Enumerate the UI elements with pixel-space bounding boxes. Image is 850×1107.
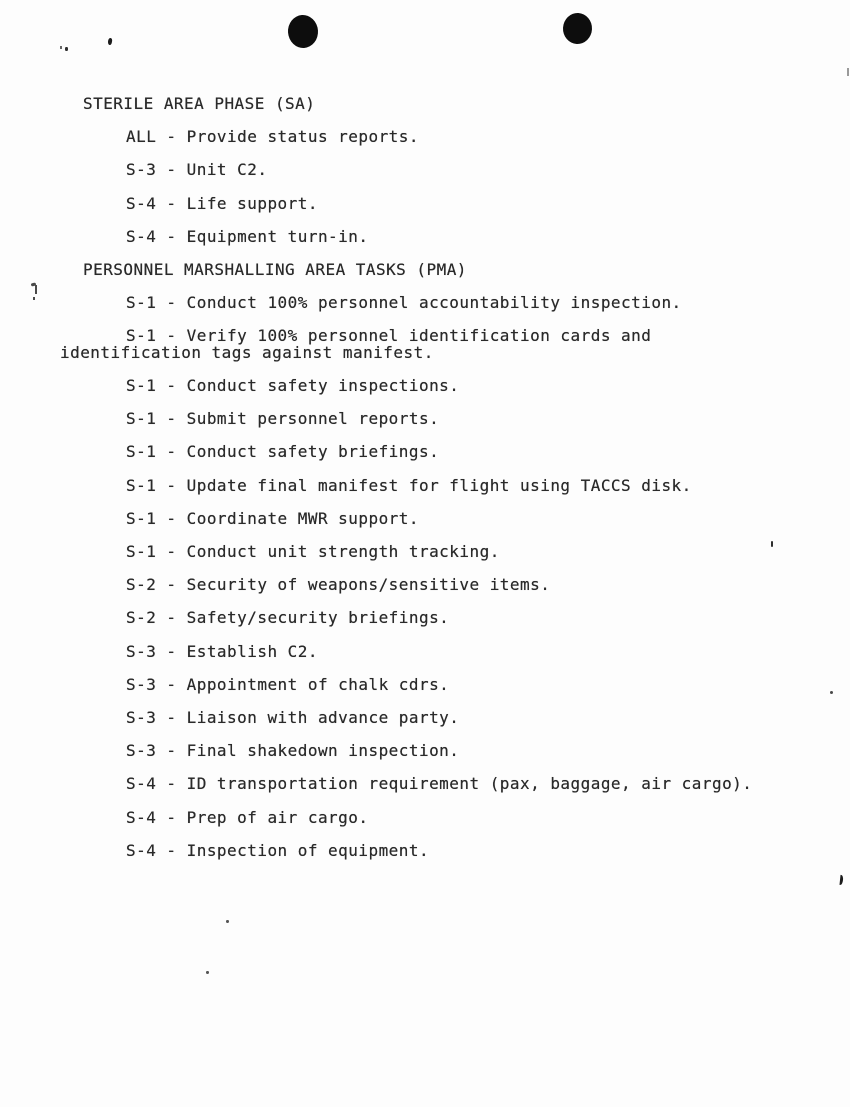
registration-dot-left [287,14,319,49]
task-line: S-1 - Conduct safety inspections. [60,378,850,395]
task-line: S-1 - Update final manifest for flight u… [60,478,850,495]
task-line: S-1 - Conduct safety briefings. [60,444,850,461]
ink-speck [226,920,229,923]
task-line: S-3 - Unit C2. [60,162,850,179]
task-line: S-4 - Prep of air cargo. [60,810,850,827]
ink-speck [839,875,843,885]
ink-speck [206,971,209,974]
scanned-document-page: STERILE AREA PHASE (SA)ALL - Provide sta… [0,0,850,1107]
task-line: S-2 - Safety/security briefings. [60,610,850,627]
task-line: S-1 - Conduct unit strength tracking. [60,544,850,561]
section-heading: STERILE AREA PHASE (SA) [83,96,850,113]
document-body: STERILE AREA PHASE (SA)ALL - Provide sta… [0,96,850,859]
ink-speck [107,38,112,46]
task-line: S-4 - Life support. [60,196,850,213]
task-line: S-1 - Verify 100% personnel identificati… [60,328,850,361]
task-line: S-1 - Submit personnel reports. [60,411,850,428]
task-line: S-3 - Establish C2. [60,644,850,661]
task-line: S-4 - Inspection of equipment. [60,843,850,860]
ink-speck [60,46,62,49]
section-heading: PERSONNEL MARSHALLING AREA TASKS (PMA) [83,262,850,279]
task-line: S-4 - ID transportation requirement (pax… [60,776,850,793]
ink-speck [65,47,68,51]
task-line: S-3 - Final shakedown inspection. [60,743,850,760]
ink-speck [847,68,849,76]
task-line: S-3 - Appointment of chalk cdrs. [60,677,850,694]
task-line: ALL - Provide status reports. [60,129,850,146]
registration-dot-right [562,12,593,44]
task-line: S-3 - Liaison with advance party. [60,710,850,727]
task-line: S-2 - Security of weapons/sensitive item… [60,577,850,594]
task-line: S-1 - Conduct 100% personnel accountabil… [60,295,850,312]
task-line: S-4 - Equipment turn-in. [60,229,850,246]
task-line: S-1 - Coordinate MWR support. [60,511,850,528]
